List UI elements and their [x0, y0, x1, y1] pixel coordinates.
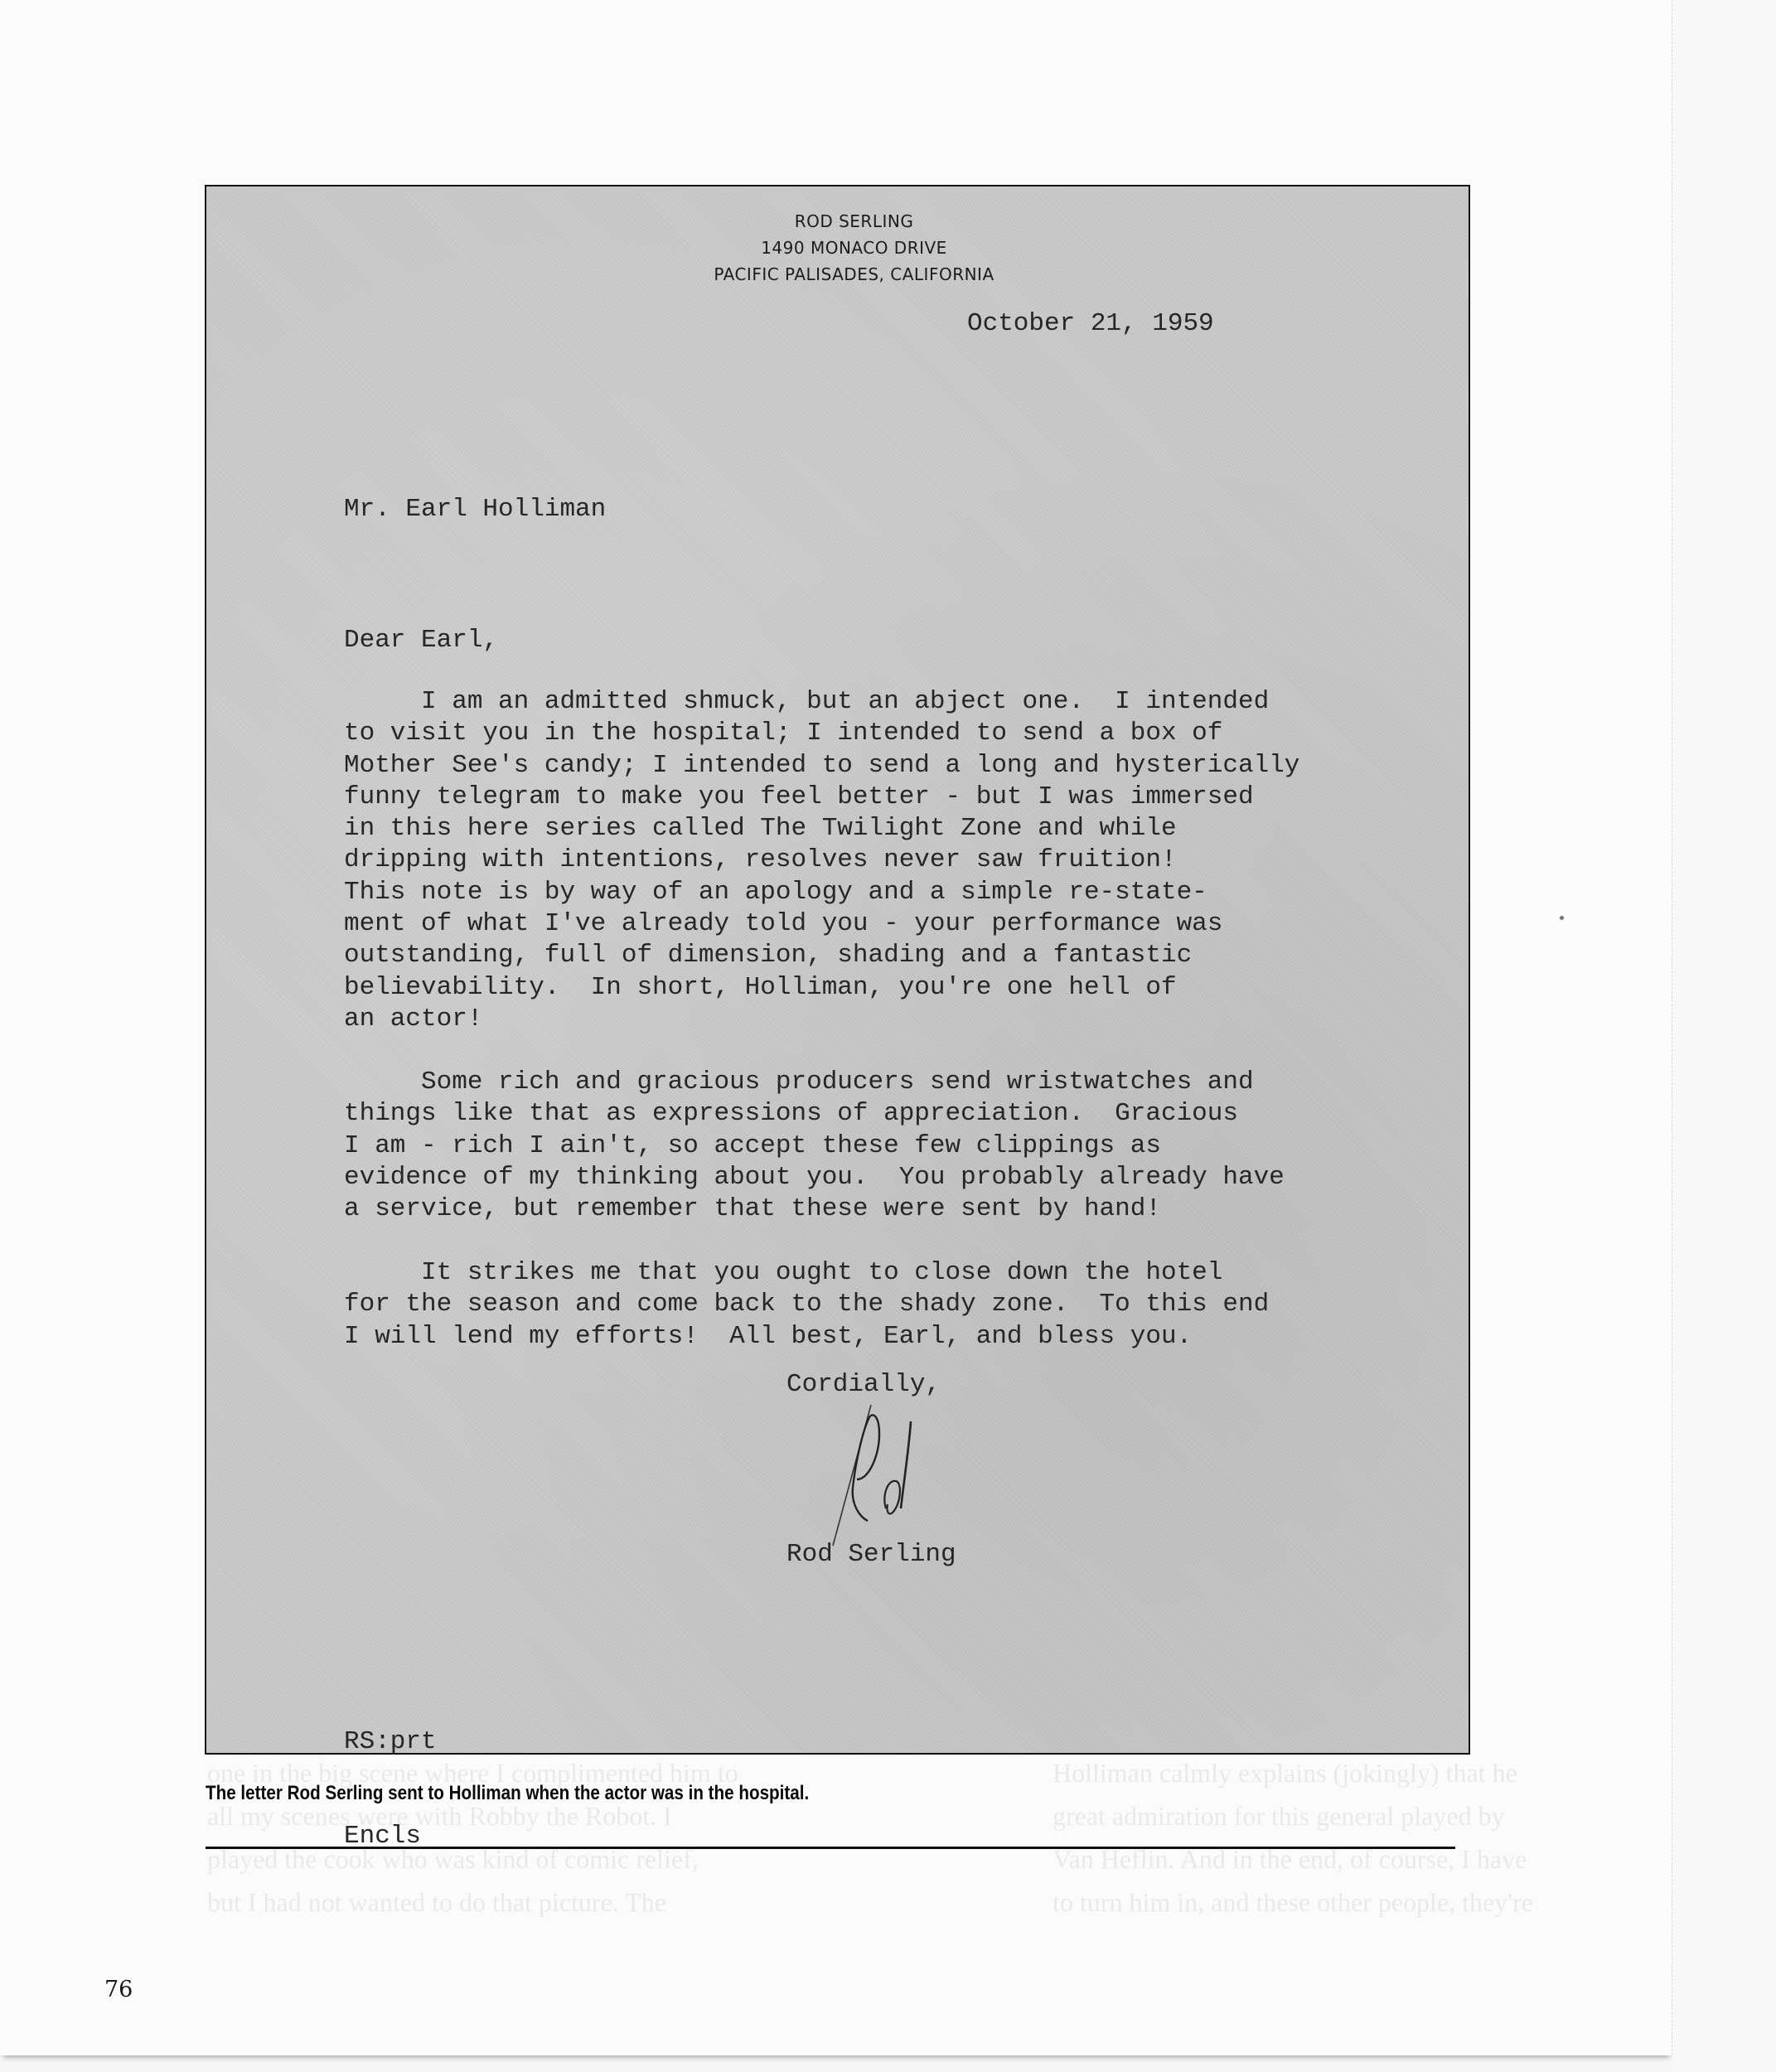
page-number: 76	[104, 1977, 133, 2002]
letterhead-street: 1490 MONACO DRIVE	[240, 235, 1469, 261]
show-through-text-right: Holliman calmly explains (jokingly) that…	[1053, 1751, 1533, 1924]
paper-speck	[1560, 916, 1564, 920]
body-paragraph: It strikes me that you ought to close do…	[344, 1257, 1269, 1353]
next-page-edge	[1672, 0, 1776, 2072]
figure-caption: The letter Rod Serling sent to Holliman …	[206, 1782, 809, 1805]
body-paragraph: Some rich and gracious producers send wr…	[344, 1067, 1285, 1225]
signer-name: Rod Serling	[786, 1540, 956, 1569]
salutation: Dear Earl,	[344, 626, 498, 655]
handwritten-signature-icon	[803, 1388, 927, 1554]
letterhead: ROD SERLING 1490 MONACO DRIVE PACIFIC PA…	[206, 208, 1469, 288]
letter-date: October 21, 1959	[967, 309, 1214, 338]
letterhead-name: ROD SERLING	[240, 208, 1469, 235]
caption-divider	[206, 1847, 1455, 1849]
letterhead-city: PACIFIC PALISADES, CALIFORNIA	[240, 261, 1469, 288]
addressee: Mr. Earl Holliman	[344, 495, 606, 524]
show-through-text-left: one in the big scene where I complimente…	[207, 1751, 738, 1924]
body-paragraph: I am an admitted shmuck, but an abject o…	[344, 686, 1299, 1035]
letter-reproduction: ROD SERLING 1490 MONACO DRIVE PACIFIC PA…	[205, 185, 1470, 1755]
